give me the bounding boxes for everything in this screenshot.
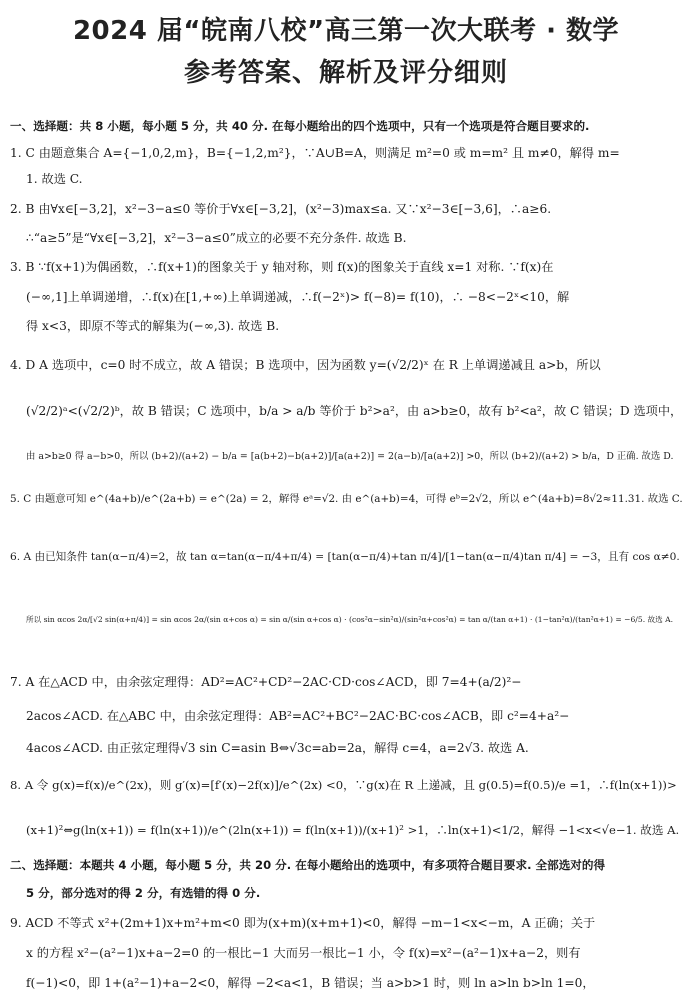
answer-5-line-1: 5. C 由题意可知 e^(4a+b)/e^(2a+b) = e^(2a) = … xyxy=(10,491,684,507)
answer-8-line-1: 8. A 令 g(x)=f(x)/e^(2x)，则 g′(x)=[f′(x)−2… xyxy=(10,777,684,793)
document-subtitle: 参考答案、解析及评分细则 xyxy=(0,52,692,89)
answer-4-line-3: 由 a>b≥0 得 a−b>0，所以 (b+2)/(a+2) − b/a = [… xyxy=(26,449,684,465)
answer-2-line-2: ∴“a≥5”是“∀x∈[−3,2]，x²−3−a≤0”成立的必要不充分条件. 故… xyxy=(26,230,684,246)
answer-7-line-3: 4acos∠ACD. 由正弦定理得√3 sin C=asin B⇔√3c=ab=… xyxy=(26,740,684,756)
answer-3-line-1: 3. B ∵f(x+1)为偶函数，∴f(x+1)的图象关于 y 轴对称，则 f(… xyxy=(10,259,684,275)
answer-7-line-1: 7. A 在△ACD 中，由余弦定理得：AD²=AC²+CD²−2AC·CD·c… xyxy=(10,674,684,690)
answer-9-line-2: x 的方程 x²−(a²−1)x+a−2=0 的一根比−1 大而另一根比−1 小… xyxy=(26,945,684,961)
answer-9-line-1: 9. ACD 不等式 x²+(2m+1)x+m²+m<0 即为(x+m)(x+m… xyxy=(10,915,684,931)
answer-3-line-2: (−∞,1]上单调递增，∴f(x)在[1,+∞)上单调递减，∴f(−2ˣ)> f… xyxy=(26,289,684,305)
answer-9-line-3: f(−1)<0，即 1+(a²−1)+a−2<0，解得 −2<a<1，B 错误；… xyxy=(26,975,684,991)
document-title: 2024 届“皖南八校”高三第一次大联考 · 数学 xyxy=(0,10,692,47)
section-2-heading-line-1: 二、选择题：本题共 4 小题，每小题 5 分，共 20 分. 在每小题给出的选项… xyxy=(10,857,684,873)
answer-3-line-3: 得 x<3，即原不等式的解集为(−∞,3). 故选 B. xyxy=(26,318,684,334)
answer-8-line-2: (x+1)²⇔g(ln(x+1)) = f(ln(x+1))/e^(2ln(x+… xyxy=(26,822,684,838)
answer-6-line-1: 6. A 由已知条件 tan(α−π/4)=2，故 tan α=tan(α−π/… xyxy=(10,549,684,565)
answer-4-line-2: (√2/2)ᵃ<(√2/2)ᵇ，故 B 错误；C 选项中，b/a > a/b 等… xyxy=(26,403,684,419)
answer-4-line-1: 4. D A 选项中，c=0 时不成立，故 A 错误；B 选项中，因为函数 y=… xyxy=(10,357,684,373)
answer-key-page: 2024 届“皖南八校”高三第一次大联考 · 数学 参考答案、解析及评分细则 一… xyxy=(0,0,692,1002)
section-1-heading: 一、选择题：共 8 小题，每小题 5 分，共 40 分. 在每小题给出的四个选项… xyxy=(10,118,684,134)
section-2-heading-line-2: 5 分，部分选对的得 2 分，有选错的得 0 分. xyxy=(26,885,684,901)
answer-6-line-2: 所以 sin αcos 2α/[√2 sin(α+π/4)] = sin αco… xyxy=(26,612,684,628)
answer-1-line-2: 1. 故选 C. xyxy=(26,171,684,187)
answer-7-line-2: 2acos∠ACD. 在△ABC 中，由余弦定理得：AB²=AC²+BC²−2A… xyxy=(26,708,684,724)
answer-2-line-1: 2. B 由∀x∈[−3,2]，x²−3−a≤0 等价于∀x∈[−3,2]，(x… xyxy=(10,201,684,217)
answer-1-line-1: 1. C 由题意集合 A={−1,0,2,m}，B={−1,2,m²}，∵A∪B… xyxy=(10,145,684,161)
